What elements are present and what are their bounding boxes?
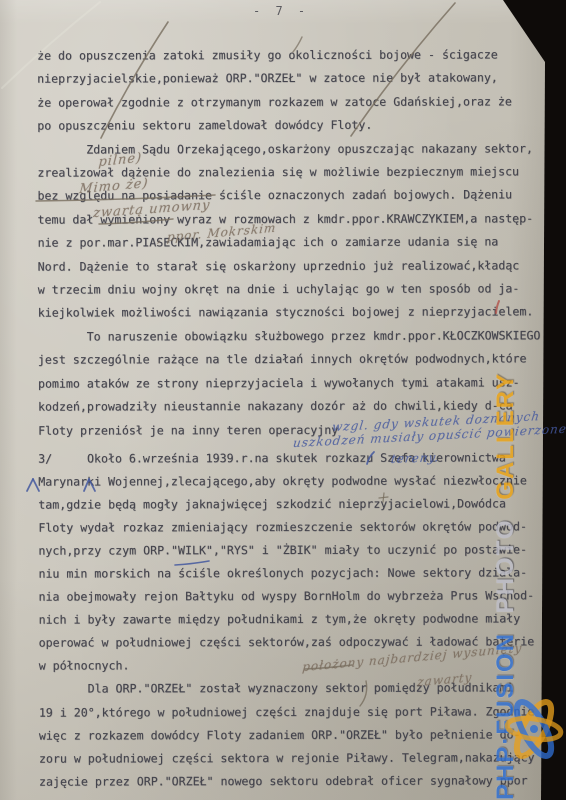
- handwritten-annotation: pilne): [98, 150, 143, 170]
- handwritten-annotation: Mimo że): [79, 176, 149, 197]
- handwriting-layer: pilne)Mimo że)zwartą umowny, ppor. Mokrs…: [0, 0, 566, 800]
- watermark-photo-text: PHOTO: [492, 508, 519, 613]
- handwritten-annotation: tereny.: [390, 450, 440, 466]
- handwritten-annotation: zawarty: [417, 670, 473, 689]
- watermark-gallery-text: GALLERY: [492, 362, 519, 500]
- atom-logo-icon: [498, 688, 566, 770]
- handwritten-annotation: położony najbardziej wysunięty: [302, 641, 523, 674]
- handwritten-annotation: , ppor. Mokrskim: [157, 221, 277, 246]
- handwritten-annotation: zwartą umowny: [92, 198, 211, 221]
- scanned-document-photo: - 7 - że do opuszczenia zatoki zmusiły g…: [0, 0, 566, 800]
